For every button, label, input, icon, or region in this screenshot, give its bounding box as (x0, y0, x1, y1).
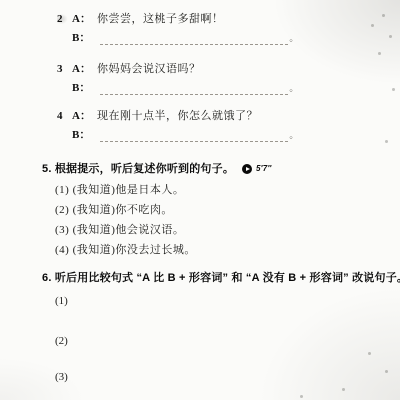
speaker-b-label: B： (72, 128, 90, 142)
dialogue-number: 4 (57, 109, 72, 123)
answer-blank-line (100, 32, 288, 45)
blank-end-period: 。 (289, 128, 298, 142)
speaker-a-label: A： (72, 12, 91, 26)
section-6-header: 6. 听后用比较句式 “A 比 B + 形容词” 和 “A 没有 B + 形容词… (42, 271, 400, 285)
section-5-header: 5. 根据提示，听后复述你听到的句子。 5′7″ (42, 162, 400, 176)
speaker-a-label: A： (72, 62, 91, 76)
dialogue-item-2: 2 A： 你尝尝，这桃子多甜啊！ B： 。 (57, 12, 400, 45)
list-item: (1) (55, 294, 400, 308)
dialogue-a-text: 现在刚十点半，你怎么就饿了？ (97, 109, 258, 123)
dialogue-item-4: 4 A： 现在刚十点半，你怎么就饿了？ B： 。 (57, 109, 400, 142)
answer-blank-line (100, 82, 288, 95)
list-item: (2) (55, 334, 400, 348)
dialogue-a-text: 你尝尝，这桃子多甜啊！ (97, 12, 224, 26)
speaker-b-label: B： (72, 81, 90, 95)
section-5-title: 5. 根据提示，听后复述你听到的句子。 (42, 162, 234, 176)
workbook-page: 2 A： 你尝尝，这桃子多甜啊！ B： 。 3 A： 你妈妈会说汉语吗？ B： … (0, 0, 400, 400)
list-item: (3) (55, 370, 400, 384)
dialogue-a-text: 你妈妈会说汉语吗？ (97, 62, 201, 76)
blank-end-period: 。 (289, 31, 298, 45)
speaker-a-label: A： (72, 109, 91, 123)
blank-end-period: 。 (289, 81, 298, 95)
list-item: (2) (我知道)你不吃肉。 (55, 203, 400, 217)
audio-duration: 5′7″ (256, 162, 271, 176)
section-6-title: 6. 听后用比较句式 “A 比 B + 形容词” 和 “A 没有 B + 形容词… (42, 271, 400, 285)
list-item: (1) (我知道)他是日本人。 (55, 183, 400, 197)
list-item: (4) (我知道)你没去过长城。 (55, 243, 400, 257)
section-6-items: (1) (2) (3) (55, 294, 400, 384)
dialogue-number: 3 (57, 62, 72, 76)
section-6: 6. 听后用比较句式 “A 比 B + 形容词” 和 “A 没有 B + 形容词… (0, 271, 400, 384)
play-icon (242, 164, 252, 174)
dialogue-item-3: 3 A： 你妈妈会说汉语吗？ B： 。 (57, 62, 400, 95)
section-5: 5. 根据提示，听后复述你听到的句子。 5′7″ (1) (我知道)他是日本人。… (0, 162, 400, 257)
answer-blank-line (100, 129, 288, 142)
dialogue-number: 2 (57, 12, 72, 26)
section-5-items: (1) (我知道)他是日本人。 (2) (我知道)你不吃肉。 (3) (我知道)… (55, 183, 400, 257)
speaker-b-label: B： (72, 31, 90, 45)
list-item: (3) (我知道)他会说汉语。 (55, 223, 400, 237)
